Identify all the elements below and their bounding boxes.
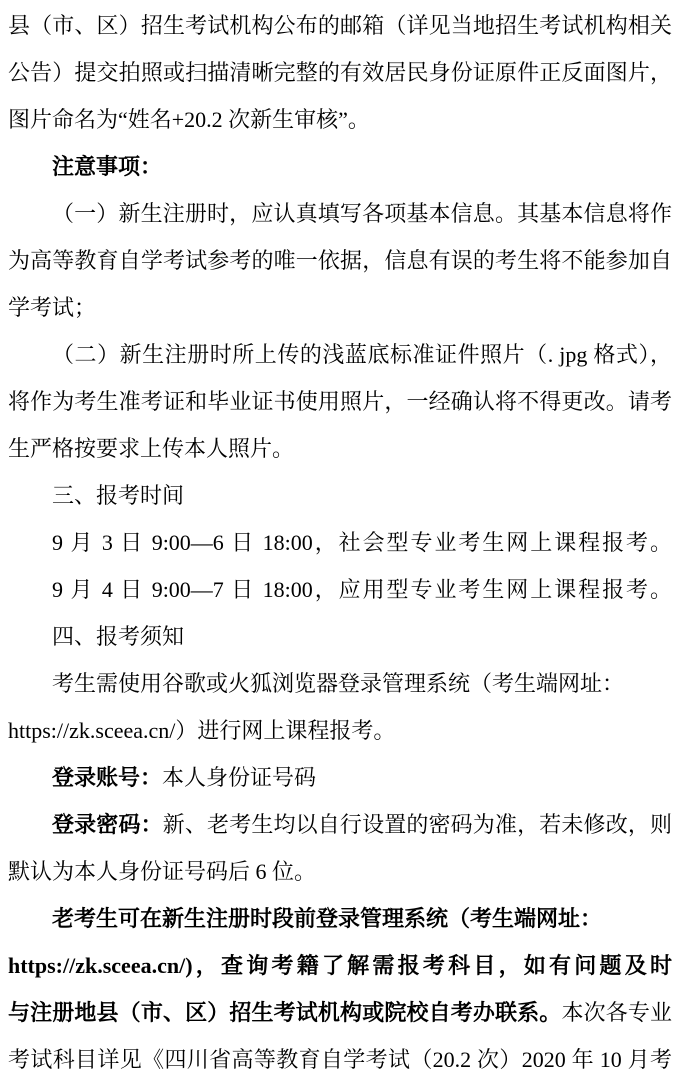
text-line: 考生需使用谷歌或火狐浏览器登录管理系统（考生端网址：: [8, 660, 672, 707]
text-line: 公告）提交拍照或扫描清晰完整的有效居民身份证原件正反面图片，: [8, 49, 672, 96]
text-line: 9 月 4 日 9:00—7 日 18:00，应用型专业考生网上课程报考。: [8, 566, 672, 613]
text-segment-bold: 登录账号：: [52, 765, 162, 790]
text-segment-bold: 登录密码：: [52, 812, 163, 837]
text-segment: （二）新生注册时所上传的浅蓝底标准证件照片（. jpg 格式），: [52, 342, 672, 367]
text-segment: 为高等教育自学考试参考的唯一依据，信息有误的考生将不能参加自: [8, 248, 672, 273]
text-line: 9 月 3 日 9:00—6 日 18:00，社会型专业考生网上课程报考。: [8, 519, 672, 566]
text-line: （二）新生注册时所上传的浅蓝底标准证件照片（. jpg 格式），: [8, 331, 672, 378]
text-line: 四、报考须知: [8, 613, 672, 660]
text-segment: 公告）提交拍照或扫描清晰完整的有效居民身份证原件正反面图片，: [8, 60, 672, 85]
text-segment: 本人身份证号码: [162, 765, 316, 790]
text-line: 将作为考生准考证和毕业证书使用照片，一经确认将不得更改。请考: [8, 378, 672, 425]
text-line: https://zk.sceea.cn/)，查询考籍了解需报考科目，如有问题及时: [8, 942, 672, 989]
text-segment-bold: 与注册地县（市、区）招生考试机构或院校自考办联系。: [8, 1000, 561, 1025]
text-line: 老考生可在新生注册时段前登录管理系统（考生端网址：: [8, 895, 672, 942]
text-segment: 四、报考须知: [52, 624, 184, 649]
text-segment: 考生需使用谷歌或火狐浏览器登录管理系统（考生端网址：: [52, 671, 624, 696]
text-segment: 生严格按要求上传本人照片。: [8, 436, 294, 461]
text-line: 登录密码：新、老考生均以自行设置的密码为准，若未修改，则: [8, 801, 672, 848]
text-segment: 本次各专业: [561, 1000, 672, 1025]
text-line: 登录账号：本人身份证号码: [8, 754, 672, 801]
text-segment: 将作为考生准考证和毕业证书使用照片，一经确认将不得更改。请考: [8, 389, 672, 414]
text-line: 默认为本人身份证号码后 6 位。: [8, 848, 672, 895]
text-line: https://zk.sceea.cn/）进行网上课程报考。: [8, 707, 672, 754]
text-line: 三、报考时间: [8, 472, 672, 519]
text-line: 学考试；: [8, 284, 672, 331]
text-line: （一）新生注册时，应认真填写各项基本信息。其基本信息将作: [8, 190, 672, 237]
text-segment: 图片命名为“姓名+20.2 次新生审核”。: [8, 107, 370, 132]
text-segment: 新、老考生均以自行设置的密码为准，若未修改，则: [163, 812, 672, 837]
text-segment: 9 月 4 日 9:00—7 日 18:00，应用型专业考生网上课程报考。: [52, 577, 672, 602]
text-line: 生严格按要求上传本人照片。: [8, 425, 672, 472]
text-segment-bold: https://zk.sceea.cn/)，查询考籍了解需报考科目，如有问题及时: [8, 953, 672, 978]
text-line: 注意事项：: [8, 143, 672, 190]
text-segment: 三、报考时间: [52, 483, 184, 508]
text-line: 县（市、区）招生考试机构公布的邮箱（详见当地招生考试机构相关: [8, 2, 672, 49]
document-body: 县（市、区）招生考试机构公布的邮箱（详见当地招生考试机构相关公告）提交拍照或扫描…: [0, 0, 680, 1087]
text-segment: 9 月 3 日 9:00—6 日 18:00，社会型专业考生网上课程报考。: [52, 530, 672, 555]
text-line: 考试科目详见《四川省高等教育自学考试（20.2 次）2020 年 10 月考: [8, 1036, 672, 1083]
document-page: 县（市、区）招生考试机构公布的邮箱（详见当地招生考试机构相关公告）提交拍照或扫描…: [0, 0, 680, 1087]
text-segment: 考试科目详见《四川省高等教育自学考试（20.2 次）2020 年 10 月考: [8, 1047, 672, 1072]
text-segment: （一）新生注册时，应认真填写各项基本信息。其基本信息将作: [52, 201, 672, 226]
text-segment: 学考试；: [8, 295, 96, 320]
text-line: 与注册地县（市、区）招生考试机构或院校自考办联系。本次各专业: [8, 989, 672, 1036]
text-segment: https://zk.sceea.cn/）进行网上课程报考。: [8, 718, 395, 743]
text-segment: 县（市、区）招生考试机构公布的邮箱（详见当地招生考试机构相关: [8, 13, 672, 38]
text-line: 为高等教育自学考试参考的唯一依据，信息有误的考生将不能参加自: [8, 237, 672, 284]
text-line: 图片命名为“姓名+20.2 次新生审核”。: [8, 96, 672, 143]
text-segment: 默认为本人身份证号码后 6 位。: [8, 859, 316, 884]
text-segment-bold: 老考生可在新生注册时段前登录管理系统（考生端网址：: [52, 906, 602, 931]
text-segment-bold: 注意事项：: [52, 154, 162, 179]
